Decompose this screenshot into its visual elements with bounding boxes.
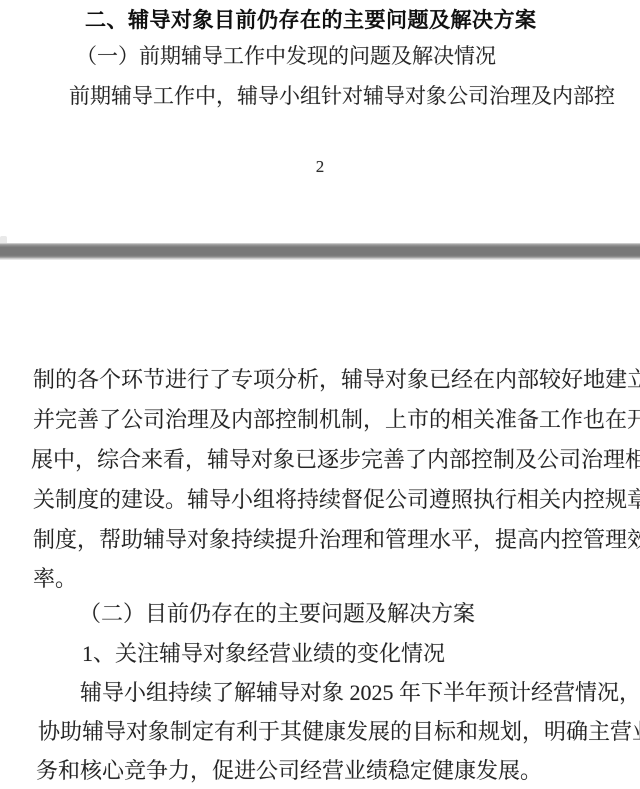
page-divider [0, 243, 640, 260]
document-scan: { "page_top": { "heading": "二、辅导对象目前仍存在的… [0, 0, 640, 789]
body-line: 制度，帮助辅导对象持续提升治理和管理水平，提高内控管理效 [33, 527, 640, 553]
body-line: 务和核心竞争力，促进公司经营业绩稳定健康发展。 [36, 758, 542, 784]
subsection-heading-1: （一）前期辅导工作中发现的问题及解决情况 [76, 44, 496, 69]
body-line: 展中，综合来看，辅导对象已逐步完善了内部控制及公司治理相 [31, 447, 640, 473]
body-line: 辅导小组持续了解辅导对象 2025 年下半年预计经营情况， [80, 680, 640, 706]
section-heading: 二、辅导对象目前仍存在的主要问题及解决方案 [85, 4, 537, 34]
body-line: 率。 [33, 566, 77, 592]
body-line: 关制度的建设。辅导小组将持续督促公司遵照执行相关内控规章 [33, 487, 640, 513]
subsection-heading-2: （二）目前仍存在的主要问题及解决方案 [79, 601, 475, 627]
paragraph-first-line: 前期辅导工作中，辅导小组针对辅导对象公司治理及内部控 [69, 84, 615, 109]
body-line: 制的各个环节进行了专项分析，辅导对象已经在内部较好地建立 [33, 367, 640, 393]
page-number: 2 [0, 157, 640, 177]
body-line: 并完善了公司治理及内部控制机制，上市的相关准备工作也在开 [33, 407, 640, 433]
numbered-item-heading: 1、关注辅导对象经营业绩的变化情况 [82, 641, 445, 667]
body-line: 协助辅导对象制定有利于其健康发展的目标和规划，明确主营业 [38, 719, 640, 745]
